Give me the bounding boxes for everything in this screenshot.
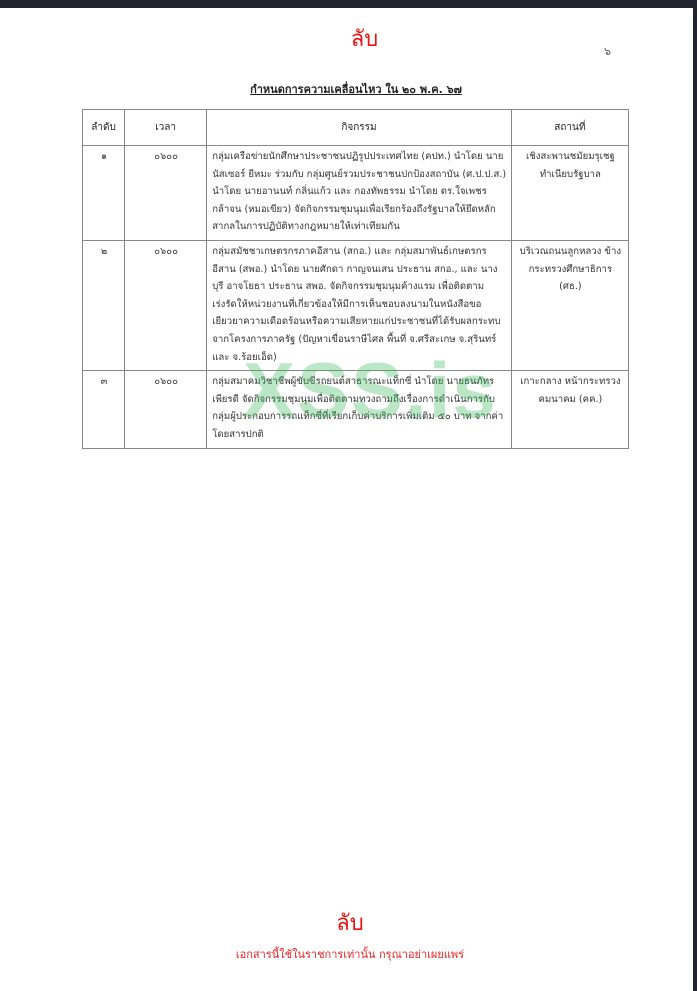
column-header-number: ลำดับ bbox=[83, 110, 125, 146]
table-row: ๓ ๐๖๐๐ กลุ่มสมาคมวิชาชีพผู้ขับขี่รถยนต์ส… bbox=[83, 371, 629, 448]
row-number: ๑ bbox=[83, 146, 125, 241]
confidentiality-note: เอกสารนี้ใช้ในราชการเท่านั้น กรุณาอย่าเผ… bbox=[0, 945, 697, 963]
document-title: กำหนดการความเคลื่อนไหว ใน ๒๐ พ.ค. ๖๗ bbox=[0, 80, 697, 98]
column-header-place: สถานที่ bbox=[511, 110, 628, 146]
row-activity: กลุ่มสมัชชาเกษตรกรภาคอีสาน (สกอ.) และ กล… bbox=[207, 240, 512, 370]
row-place: เชิงสะพานชมัยมรุเชฐ ทำเนียบรัฐบาล bbox=[511, 146, 628, 241]
row-number: ๓ bbox=[83, 371, 125, 448]
viewer-top-bar bbox=[0, 0, 697, 8]
classification-footer: ลับ bbox=[0, 910, 697, 938]
row-time: ๐๖๐๐ bbox=[125, 371, 207, 448]
row-time: ๐๖๐๐ bbox=[125, 240, 207, 370]
schedule-table: ลำดับ เวลา กิจกรรม สถานที่ ๑ ๐๖๐๐ กลุ่มเ… bbox=[82, 109, 629, 449]
classification-header: ลับ bbox=[0, 26, 697, 54]
row-activity: กลุ่มสมาคมวิชาชีพผู้ขับขี่รถยนต์สาธารณะแ… bbox=[207, 371, 512, 448]
table-header-row: ลำดับ เวลา กิจกรรม สถานที่ bbox=[83, 110, 629, 146]
row-time: ๐๖๐๐ bbox=[125, 146, 207, 241]
row-number: ๒ bbox=[83, 240, 125, 370]
page-number: ๖ bbox=[604, 42, 611, 60]
table-row: ๒ ๐๖๐๐ กลุ่มสมัชชาเกษตรกรภาคอีสาน (สกอ.)… bbox=[83, 240, 629, 370]
row-activity: กลุ่มเครือข่ายนักศึกษาประชาชนปฏิรูปประเท… bbox=[207, 146, 512, 241]
table-row: ๑ ๐๖๐๐ กลุ่มเครือข่ายนักศึกษาประชาชนปฏิร… bbox=[83, 146, 629, 241]
viewer-scrollbar[interactable] bbox=[693, 0, 697, 991]
column-header-activity: กิจกรรม bbox=[207, 110, 512, 146]
column-header-time: เวลา bbox=[125, 110, 207, 146]
row-place: เกาะกลาง หน้ากระทรวงคมนาคม (คค.) bbox=[511, 371, 628, 448]
row-place: บริเวณถนนลูกหลวง ข้างกระทรวงศึกษาธิการ (… bbox=[511, 240, 628, 370]
